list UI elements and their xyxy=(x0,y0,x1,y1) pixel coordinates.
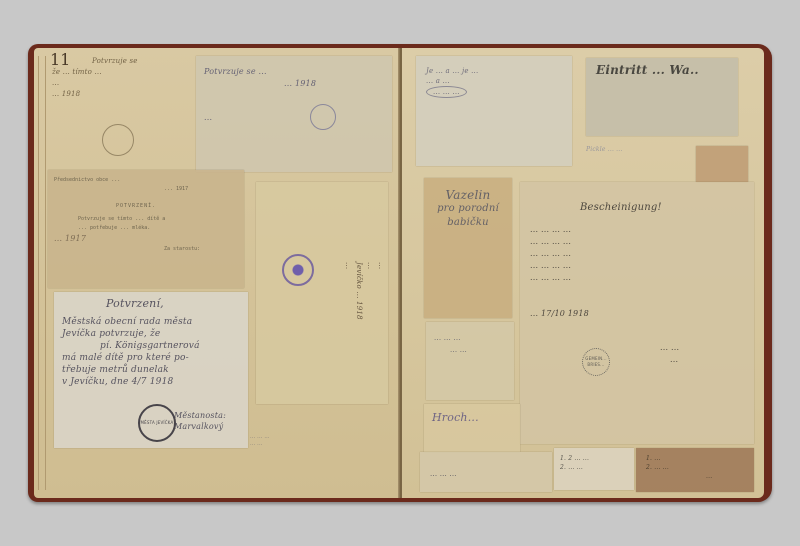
document-vertical-letter: ... ... Jevíčko ... 1918 ... xyxy=(256,182,388,404)
seal-stamp xyxy=(310,104,336,130)
document-pencil-note-top: Je ... a ... je ... ... a ... ... ... ..… xyxy=(416,56,572,166)
document-label-top-right: Eintritt ... Wa.. xyxy=(586,58,738,136)
document-typed-certificate: Předsednictvo obce ... ... 1917 POTVRZEN… xyxy=(48,170,244,288)
small-brown-stamp-paper xyxy=(696,146,748,182)
document-potvrzeni-card: Potvrzení, Městská obecní rada města Jev… xyxy=(54,292,248,448)
document-brown-card: 1. ... 2. ... ... ... xyxy=(636,448,754,492)
document-title: Potvrzení, xyxy=(106,298,240,310)
label-title: Eintritt ... Wa.. xyxy=(596,64,728,76)
document-vazelin-note: Vazelin pro porodní babičku xyxy=(424,178,512,318)
document-list-card: 1. 2 ... ... 2. ... ... xyxy=(554,448,634,490)
seal-stamp xyxy=(102,124,134,156)
document-small-note-mid: ... ... ... ... ... xyxy=(426,322,514,400)
violet-seal-stamp xyxy=(282,254,314,286)
page-edge xyxy=(38,56,46,490)
document-top-center-card: Potvrzuje se ... ... 1918 ... xyxy=(196,56,392,172)
label-caption: Pickle ... ... xyxy=(586,144,686,158)
town-seal-stamp: MĚSTA JEVÍČKA xyxy=(138,404,176,442)
left-page: 11 Potvrzuje se že ... tímto ... ... ...… xyxy=(34,48,400,498)
document-small-pencil-note: ... ... ... ... ... xyxy=(250,434,330,454)
document-top-left-note: Potvrzuje se že ... tímto ... ... ... 19… xyxy=(52,56,202,166)
document-title: Bescheinigung! xyxy=(580,202,744,214)
right-page: Je ... a ... je ... ... a ... ... ... ..… xyxy=(402,48,764,498)
document-bottom-strip: ... ... ... xyxy=(420,452,552,492)
document-german-receipt: Bescheinigung! ... ... ... ... ... ... .… xyxy=(520,182,754,444)
gemeinde-stamp: GEMEIN... BRIES... xyxy=(582,348,610,376)
document-hroch-label: Hroch... xyxy=(424,404,520,452)
scrapbook: 11 Potvrzuje se že ... tímto ... ... ...… xyxy=(28,44,772,502)
